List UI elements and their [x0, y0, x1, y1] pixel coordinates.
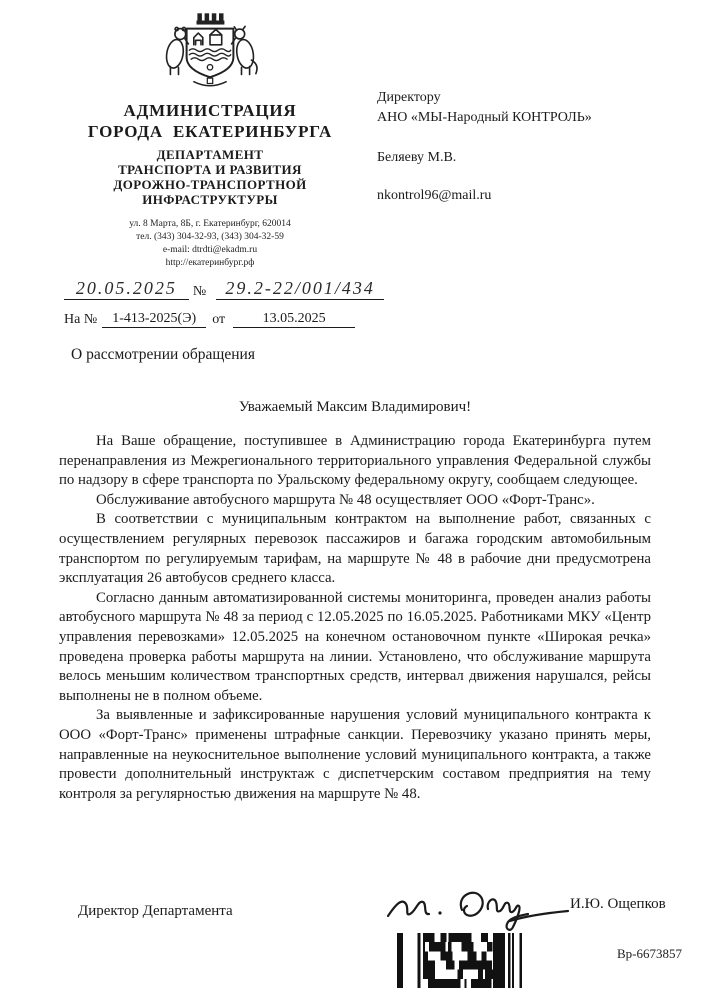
signer-position: Директор Департамента	[78, 903, 233, 920]
phone-numbers: тел. (343) 304-32-93, (343) 304-32-59	[129, 231, 291, 244]
incoming-prefix: На №	[64, 312, 97, 328]
from-label: от	[212, 312, 225, 328]
department-line: ДОРОЖНО-ТРАНСПОРТНОЙ	[113, 177, 306, 192]
incoming-number: 1-413-2025(Э)	[102, 311, 206, 328]
email-address: e-mail: dtrdti@ekadm.ru	[129, 244, 291, 257]
body-paragraph: За выявленные и зафиксированные нарушени…	[59, 706, 651, 804]
department-line: ИНФРАСТРУКТУРЫ	[113, 192, 306, 207]
organization-name: АДМИНИСТРАЦИЯ ГОРОДА ЕКАТЕРИНБУРГА	[88, 100, 332, 142]
barcode-number: Вр-6673857	[617, 946, 682, 962]
body-paragraph: Согласно данным автоматизированной систе…	[59, 589, 651, 707]
outgoing-number-handwritten: 29.2-22/001/434	[225, 278, 375, 298]
outgoing-number-field: 29.2-22/001/434	[216, 278, 384, 300]
department-line: ДЕПАРТАМЕНТ	[113, 147, 306, 162]
recipient-email: nkontrol96@mail.ru	[377, 186, 592, 206]
barcode-svg	[397, 931, 524, 990]
letterhead: АДМИНИСТРАЦИЯ ГОРОДА ЕКАТЕРИНБУРГА ДЕПАР…	[58, 10, 362, 270]
reference-block: 20.05.2025 № 29.2-22/001/434 На № 1-413-…	[64, 272, 384, 328]
document-barcode	[397, 931, 524, 990]
recipient-person: Беляеву М.В.	[377, 148, 592, 168]
department-line: ТРАНСПОРТА И РАЗВИТИЯ	[113, 162, 306, 177]
handwritten-signature-icon	[382, 874, 572, 936]
postal-address: ул. 8 Марта, 8Б, г. Екатеринбург, 620014	[129, 218, 291, 231]
contact-block: ул. 8 Марта, 8Б, г. Екатеринбург, 620014…	[129, 218, 291, 270]
body-paragraph: Обслуживание автобусного маршрута № 48 о…	[59, 491, 651, 511]
outgoing-date-field: 20.05.2025	[64, 278, 189, 300]
number-sign: №	[193, 284, 206, 300]
signer-name: И.Ю. Ощепков	[570, 896, 666, 913]
greeting-line: Уважаемый Максим Владимирович!	[59, 399, 651, 416]
outgoing-reference-line: 20.05.2025 № 29.2-22/001/434	[64, 272, 384, 300]
body-paragraph: На Ваше обращение, поступившее в Админис…	[59, 432, 651, 491]
outgoing-date-handwritten: 20.05.2025	[76, 278, 177, 298]
org-name-line1: АДМИНИСТРАЦИЯ	[88, 100, 332, 121]
subject-line: О рассмотрении обращения	[71, 346, 255, 364]
recipient-organization: АНО «МЫ-Народный КОНТРОЛЬ»	[377, 108, 592, 128]
body-paragraph: В соответствии с муниципальным контракто…	[59, 510, 651, 588]
website-url: http://екатеринбург.рф	[129, 257, 291, 270]
yekaterinburg-coat-of-arms-icon	[156, 10, 264, 94]
scanned-letter-page: АДМИНИСТРАЦИЯ ГОРОДА ЕКАТЕРИНБУРГА ДЕПАР…	[0, 0, 710, 1000]
incoming-reference-line: На № 1-413-2025(Э) от 13.05.2025	[64, 306, 384, 328]
org-name-line2: ГОРОДА ЕКАТЕРИНБУРГА	[88, 121, 332, 142]
letter-body: На Ваше обращение, поступившее в Админис…	[59, 432, 651, 804]
recipient-title: Директору	[377, 88, 592, 108]
recipient-block: Директору АНО «МЫ-Народный КОНТРОЛЬ» Бел…	[377, 88, 592, 206]
department-name: ДЕПАРТАМЕНТ ТРАНСПОРТА И РАЗВИТИЯ ДОРОЖН…	[113, 147, 306, 207]
incoming-date: 13.05.2025	[233, 311, 355, 328]
